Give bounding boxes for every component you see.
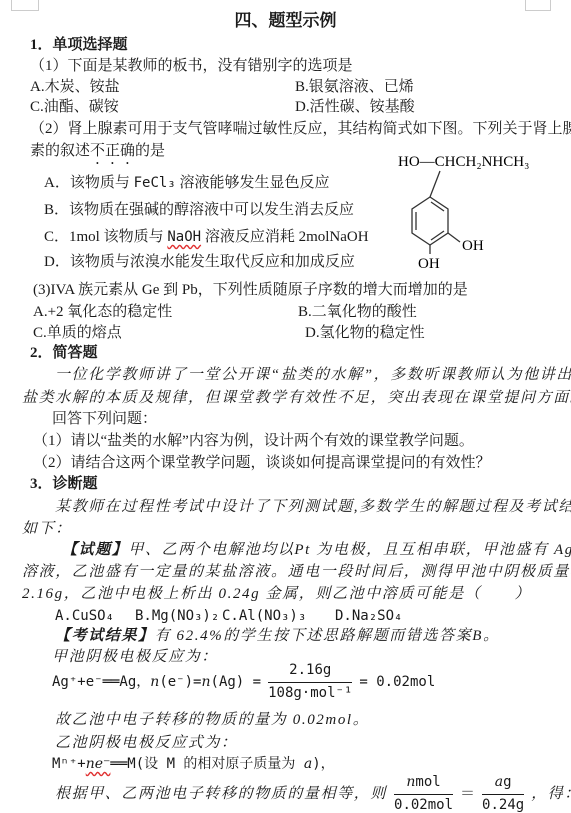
s3-result-line: 【考试结果】有 62.4%的学生按下述思路解题而错选答案B。 <box>55 627 500 646</box>
s3-intro-line1: 某教师在过程性考试中设计了下列测试题,多数学生的解题过程及考试结果 <box>55 498 571 517</box>
document-page: 四、题型示例 1．单项选择题 （1）下面是某教师的板书，没有错别字的选项是 A.… <box>0 0 571 813</box>
q2-stem-line2-post: 的是 <box>135 143 165 159</box>
equation-1: Ag⁺+e⁻══Ag， n(e⁻)=n(Ag) = 2.16g108g·mol⁻… <box>52 661 435 703</box>
eq3-tail-text: ，得： <box>531 785 571 804</box>
q2-option-c-tail: 溶液反应消耗 2molNaOH <box>201 229 369 245</box>
q2-option-b: B．该物质在强碱的醇溶液中可以发生消去反应 <box>44 201 354 220</box>
s3-intro-line2: 如下： <box>22 520 72 539</box>
q1-option-b: B.银氨溶液、已烯 <box>295 78 414 97</box>
eq3-lead-text: 根据甲、乙两池电子转移的物质的量相等，则 <box>55 785 387 804</box>
result-label: 【考试结果】 <box>55 628 155 644</box>
fecl3-formula: FeCl₃ <box>134 175 176 191</box>
section2-heading: 2．简答题 <box>30 344 98 363</box>
eq1-mid1: (e⁻)= <box>159 673 201 692</box>
eq2-a-var: a <box>304 756 312 772</box>
frac3-unit: g <box>503 774 511 790</box>
s2-question1: （1）请以“盐类的水解”内容为例，设计两个有效的课堂教学问题。 <box>33 432 474 451</box>
fraction-mass-over-molar: 2.16g108g·mol⁻¹ <box>268 661 352 703</box>
q3-option-b: B.二氧化物的酸性 <box>298 303 417 322</box>
s3-test-line3: 2.16g，乙池中电极上析出 0.24g 金属，则乙池中溶质可能是（ ） <box>22 585 531 604</box>
eq1-mid2: (Ag) = <box>211 673 262 692</box>
frac2-unit: mol <box>415 774 440 790</box>
test-line1-text: 甲、乙两个电解池均以Pt 为电极，且互相串联，甲池盛有 AgNO₃ <box>128 542 571 558</box>
frac3-a-var: a <box>495 774 503 790</box>
solution-line3: 乙池阴极电极反应式为： <box>55 734 238 753</box>
s3-option-a: A.CuSO₄ <box>55 607 114 626</box>
naoh-formula-misspell-underline: NaOH <box>167 229 201 245</box>
frac3-denominator: 0.24g <box>482 794 524 813</box>
q3-option-a: A.+2 氧化态的稳定性 <box>33 303 172 322</box>
s3-option-b: B.Mg(NO₃)₂ <box>135 607 219 626</box>
q2-option-d: D．该物质与浓溴水能发生取代反应和加成反应 <box>44 253 355 272</box>
eq1-n2: n <box>201 673 210 692</box>
q1-option-c: C.油酯、碳铵 <box>30 98 119 117</box>
section3-heading: 3．诊断题 <box>30 475 98 494</box>
frac2-denominator: 0.02mol <box>394 794 453 813</box>
s3-option-d: D.Na₂SO₄ <box>335 607 402 626</box>
q2-option-a-text: A．该物质与 <box>44 175 134 191</box>
adrenaline-structure-diagram: HO—CHCH₂NHCH₃ OH OH <box>388 146 568 271</box>
q2-stem-line2: 素的叙述不正确的是 <box>30 142 165 168</box>
test-label: 【试题】 <box>62 542 128 558</box>
s3-test-line1: 【试题】甲、乙两个电解池均以Pt 为电极，且互相串联，甲池盛有 AgNO₃ <box>62 541 571 560</box>
benzene-ring <box>412 171 460 254</box>
text-boundary-mark-left <box>11 0 39 11</box>
s2-question2: （2）请结合这两个课堂教学问题，谈谈如何提高课堂提问的有效性？ <box>33 454 491 473</box>
frac3-numerator: ag <box>495 773 512 792</box>
structure-oh-right-label: OH <box>462 238 484 254</box>
eq3-equals: ＝ <box>460 785 475 804</box>
s2-intro-line2: 盐类水解的本质及规律，但课堂教学有效性不足，突出表现在课堂提问方面。 <box>22 389 571 408</box>
eq1-result: = 0.02mol <box>359 673 435 692</box>
eq1-reaction: Ag⁺+e⁻══Ag， <box>52 673 150 692</box>
q2-option-c: C．1mol 该物质与 NaOH 溶液反应消耗 2molNaOH <box>44 228 369 247</box>
structure-chain-label: HO—CHCH₂NHCH₃ <box>398 154 529 170</box>
q2-stem-emphasis: 不正确 <box>90 143 135 159</box>
q2-option-a: A．该物质与 FeCl₃ 溶液能够发生显色反应 <box>44 174 330 193</box>
eq2-m-ion: Mⁿ⁺+ <box>52 756 86 772</box>
solution-line2: 故乙池中电子转移的物质的量为 0.02mol。 <box>55 711 369 730</box>
text-boundary-mark-right <box>525 0 551 11</box>
q2-option-a-tail: 溶液能够发生显色反应 <box>176 175 330 191</box>
frac1-denominator: 108g·mol⁻¹ <box>268 682 352 703</box>
s2-intro-line1: 一位化学教师讲了一堂公开课“盐类的水解”，多数听课教师认为他讲出了 <box>55 366 571 385</box>
eq2-ne-misspell-underline: ne⁻ <box>86 756 111 772</box>
q3-option-d: D.氢化物的稳定性 <box>305 324 425 343</box>
equation-3: 根据甲、乙两池电子转移的物质的量相等，则 nmol0.02mol ＝ ag0.2… <box>55 772 571 813</box>
s3-option-c: C.Al(NO₃)₃ <box>222 607 306 626</box>
q2-stem-line2-pre: 素的叙述 <box>30 143 90 159</box>
q3-option-c: C.单质的熔点 <box>33 324 122 343</box>
fraction-n-over-002: nmol0.02mol <box>394 773 453 813</box>
frac2-numerator: nmol <box>406 773 440 792</box>
fraction-a-over-024: ag0.24g <box>482 773 524 813</box>
q1-option-a: A.木炭、铵盐 <box>30 78 120 97</box>
eq2-tail: ══M(设 M 的相对原子质量为 <box>110 756 303 772</box>
eq1-n1: n <box>150 673 159 692</box>
s3-test-line2: 溶液，乙池盛有一定量的某盐溶液。通电一段时间后，测得甲池中阴极质量增加 <box>22 563 571 582</box>
q2-stem-line1: （2）肾上腺素可用于支气管哮喘过敏性反应，其结构简式如下图。下列关于肾上腺 <box>30 120 571 139</box>
s2-prompt: 回答下列问题： <box>52 410 157 429</box>
q1-stem: （1）下面是某教师的板书，没有错别字的选项是 <box>30 57 353 76</box>
q3-stem: (3)IVA 族元素从 Ge 到 Pb，下列性质随原子序数的增大而增加的是 <box>33 281 468 300</box>
eq2-comma: )， <box>312 756 334 772</box>
doc-title: 四、题型示例 <box>0 11 571 30</box>
structure-oh-bottom-label: OH <box>418 256 440 271</box>
q1-option-d: D.活性碳、铵基酸 <box>295 98 415 117</box>
q2-option-c-text: C．1mol 该物质与 <box>44 229 167 245</box>
result-text: 有 62.4%的学生按下述思路解题而错选答案B。 <box>155 628 500 644</box>
section1-heading: 1．单项选择题 <box>30 36 128 55</box>
frac1-numerator: 2.16g <box>289 661 331 680</box>
